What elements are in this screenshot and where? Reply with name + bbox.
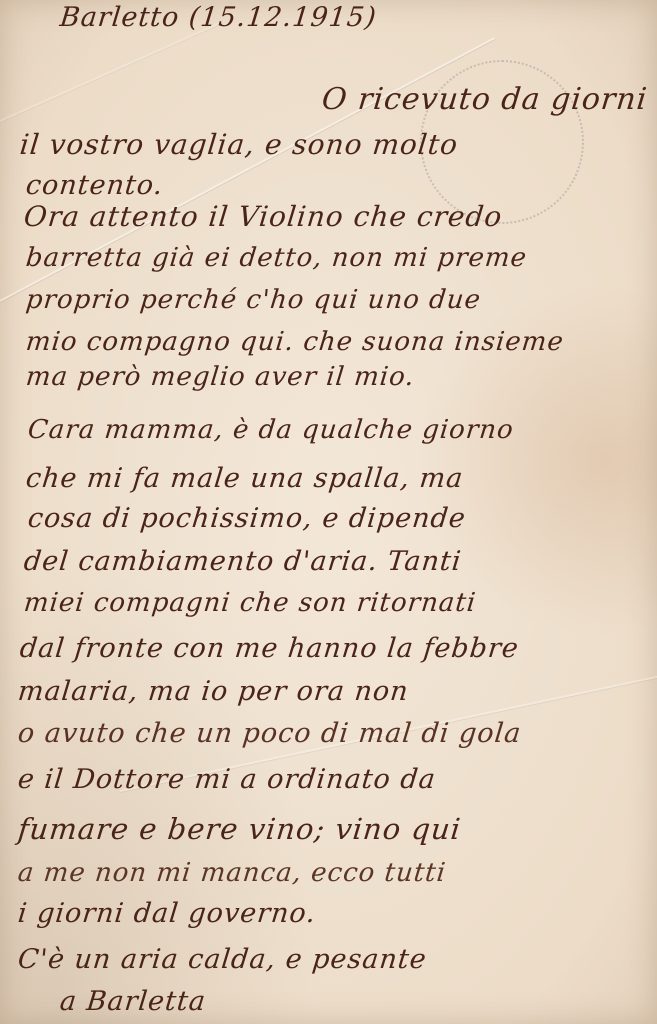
letter-line: del cambiamento d'aria. Tanti xyxy=(22,546,463,577)
letter-date-header: Barletto (15.12.1915) xyxy=(58,2,378,33)
letter-line: Ora attento il Violino che credo xyxy=(22,200,504,233)
letter-line: C'è un aria calda, e pesante xyxy=(16,944,428,975)
paper-crease xyxy=(0,22,220,121)
letter-line: i giorni dal governo. xyxy=(16,898,317,929)
letter-line: miei compagni che son ritornati xyxy=(22,588,477,618)
letter-opening: O ricevuto da giorni xyxy=(320,82,649,117)
letter-line: fumare e bere vino; vino qui xyxy=(16,812,463,846)
letter-line: a me non mi manca, ecco tutti xyxy=(16,858,447,888)
letter-page: Barletto (15.12.1915) O ricevuto da gior… xyxy=(0,0,657,1024)
letter-line: cosa di pochissimo, e dipende xyxy=(26,503,467,534)
letter-line: malaria, ma io per ora non xyxy=(16,676,410,707)
letter-line: mio compagno qui. che suona insieme xyxy=(24,327,565,357)
letter-line: barretta già ei detto, non mi preme xyxy=(24,243,528,273)
letter-line: contento. xyxy=(24,170,164,201)
letter-line: proprio perché c'ho qui uno due xyxy=(24,285,482,315)
letter-line: o avuto che un poco di mal di gola xyxy=(16,718,523,749)
letter-line: e il Dottore mi a ordinato da xyxy=(16,764,437,795)
letter-line: che mi fa male una spalla, ma xyxy=(24,463,465,494)
letter-line: ma però meglio aver il mio. xyxy=(24,362,416,392)
letter-closing: a Barletta xyxy=(58,986,207,1017)
letter-line: Cara mamma, è da qualche giorno xyxy=(26,415,515,445)
letter-line: dal fronte con me hanno la febbre xyxy=(18,633,520,664)
letter-line: il vostro vaglia, e sono molto xyxy=(18,128,460,161)
